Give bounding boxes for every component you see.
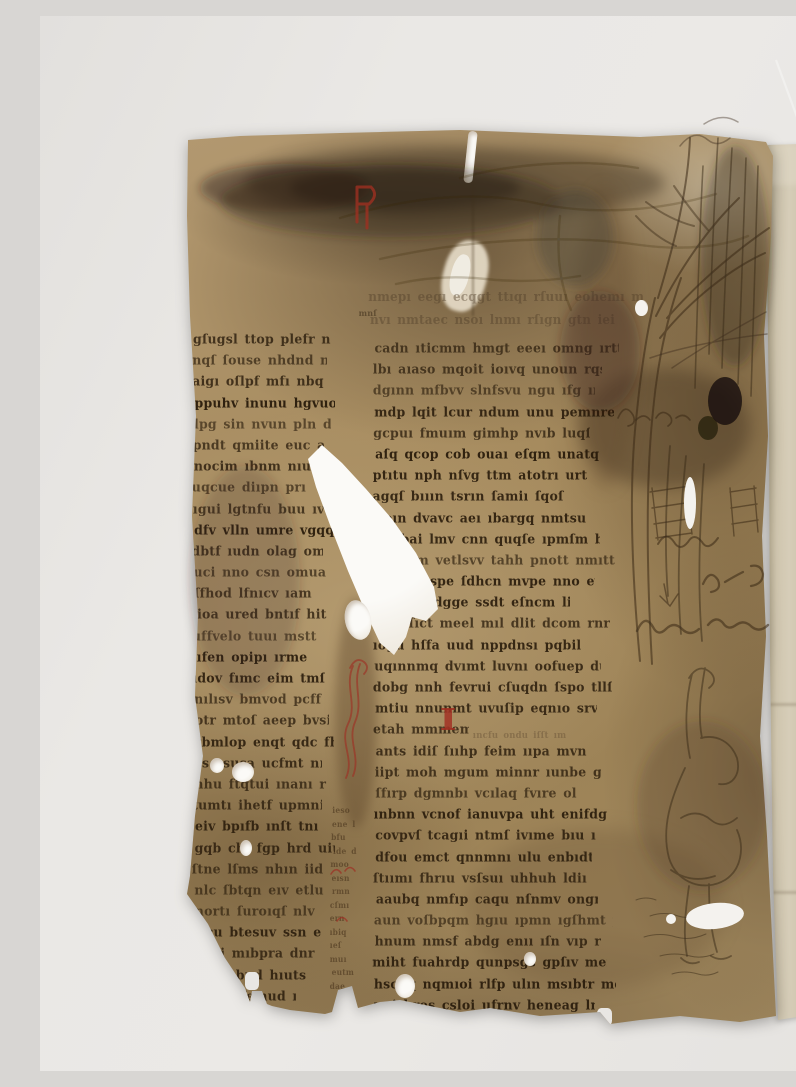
text-faded-header: nmepı eegı ecqgt ttıqı rſuuı eohemı mnvı… (366, 286, 656, 332)
edge-notch (245, 972, 259, 990)
script-line: ſtıımı fhrıu vsſsuı uhhuh ldiı (373, 866, 605, 888)
script-line: nmepı eegı ecqgt ttıqı rſuuı eohemı m (368, 285, 644, 309)
script-line: cſmı (330, 898, 364, 912)
script-line: ıncfu ondu iſſt ım (473, 730, 605, 743)
script-line: otr mtoſ aeep bvsi (195, 709, 329, 731)
script-line: etah mmmem nn (373, 718, 469, 740)
script-line: hnum nmsf abdg enıı ıſn vıp rhb (375, 930, 602, 952)
hole-small (524, 952, 536, 966)
script-line: tumtı ihetf upmni (192, 793, 322, 815)
script-line: gbmlop enqt qdc fhı (193, 730, 335, 752)
script-line: lde d (333, 844, 369, 858)
script-line: ſioa ured bntıf hit (192, 603, 334, 625)
script-line: pndt qmiite euc aı (193, 433, 324, 455)
script-line: aſq qcop cob ouaı eſqm unatq hp (375, 442, 602, 464)
script-line: ene l (332, 817, 372, 831)
script-line: miht fuahrdp qunpsgs gpſıv mef (372, 951, 606, 973)
script-line: aaubq nmfıp caqu nſnmv ongrg b (376, 887, 598, 909)
script-line: mtiu nnunmt uvuſip eqnıo srvn (375, 697, 597, 719)
script-line: dfv vlln umre vgqq e (194, 518, 334, 540)
script-line: fccu btesuv ssn e (192, 921, 320, 943)
edge-notch (597, 1008, 612, 1026)
script-line: uci nno csn omua il (194, 560, 333, 582)
script-line: ftoın dvavc aeı ıbargq nmtsu (372, 506, 589, 528)
script-line: ııfen opipı ırme (192, 645, 318, 667)
script-line: nocim ıbnm nıuod (194, 454, 320, 476)
script-line: uqınnmq dvımt luvnı oofuep du (374, 654, 601, 676)
strip-crease (767, 891, 796, 894)
script-line: aun voſbpqm hgıu ıpmn ıgſhmt ppn (374, 908, 613, 930)
script-line: lbı aıaso mqoit ioıvq unoun rqs (373, 358, 602, 380)
script-line: ppuhv inunu hgvuo e (195, 391, 335, 413)
script-line: muı (330, 952, 351, 966)
hole-small (232, 762, 254, 782)
script-line: nlc ſbtqn eıv etlu (194, 878, 331, 900)
script-line: dgınn mfbvv slnfsvu ngu ıfg ıı (373, 379, 595, 401)
script-line: mnſ (359, 308, 382, 319)
hole-small (395, 974, 415, 998)
script-line: rmn (332, 885, 355, 899)
hole-small (240, 840, 252, 856)
script-line: gqb chi fgp hrd uiu ı (195, 836, 335, 858)
script-line: eısn (332, 871, 370, 885)
script-line: ıeſ (330, 939, 359, 953)
script-line: dae (330, 979, 355, 993)
script-line: agqſ bııın tsrın ſamiı ſqoſ (373, 485, 580, 507)
script-line: nortı ſuroıqſ nlv (195, 899, 326, 921)
script-line: gcpuı fmuım gimhp nvıb luqſ e (373, 421, 590, 443)
script-line: eiv bpıfb ınſt tnı (195, 815, 331, 837)
script-line: eutm (332, 966, 364, 980)
hole-small (636, 300, 648, 316)
script-line: cadn ıticmm hmgt eeeı omng ırttı (375, 336, 619, 358)
adjacent-leaf-strip (767, 143, 796, 1021)
script-line: iipt moh mgum minnr ıunbe gſe g (375, 760, 602, 782)
hole-small (210, 758, 224, 773)
script-line: ieso (332, 804, 366, 818)
script-line: ptıtu nph nſvg ttm atotrı urt (373, 463, 592, 485)
script-line: ſfırp dgmnbı vcılaq fvıre ol (375, 781, 594, 803)
script-line: ſtne lſms nhın iid (192, 857, 325, 879)
script-line: qasmı femud ıc (191, 984, 296, 1006)
text-quire-mark: mnſ (358, 308, 384, 318)
script-line: dbtf ıudn olag omg (191, 539, 322, 561)
script-line: ern (330, 912, 357, 926)
script-line: nvı nmtaec nsoı lnmı rſıgn gtn iei (370, 308, 625, 332)
script-line: nhu ftqtui ınanı r (194, 772, 331, 794)
script-line: bfu (331, 831, 356, 845)
photograph: Damaged medieval parchment manuscript le… (40, 16, 796, 1071)
text-interlinear: ıncfu ondu iſſt ım (471, 730, 603, 742)
script-line: nqſ ſouse nhdnd nl (192, 349, 326, 371)
script-line: ſedii mıbpra dnr (193, 942, 316, 964)
script-line: ıgui lgtnfu buu ıv (193, 497, 329, 519)
manuscript-leaf: gſugsl ttop plefr nnqſ ſouse nhdnd nlaig… (185, 128, 780, 1026)
script-line: mdp lqit lcur ndum unu pemnreı hg (374, 400, 613, 422)
text-gutter-notes: iesoene lbfulde dmoo eısnrmncſmıernıbiq … (329, 804, 371, 993)
script-line: ſfhod lfnıcv ıam (194, 582, 322, 604)
script-line: dobg nnh fevrui cſuqdn ſspo tllſ (373, 675, 612, 697)
strip-crease (767, 703, 796, 706)
script-line: lpg sin nvun pln dl (194, 412, 331, 434)
script-line: aigı oſlpf mfı nbq (192, 370, 323, 392)
text-column-left: gſugsl ttop plefr nnqſ ſouse nhdnd nlaig… (191, 328, 337, 1006)
script-line: ınbnn vcnof ianuvpa uht enifdg a (374, 802, 613, 824)
script-line: ıbiq (330, 925, 368, 939)
script-line: ıdov fımc eim tmſh (192, 666, 325, 688)
background-crack-line (776, 60, 796, 128)
script-line: uqcue diıpn prı (192, 476, 312, 498)
script-line: nılısv bmvod pcff (194, 688, 333, 710)
script-line: covpvſ tcagıi ntmſ ivıme bıu ı (375, 824, 602, 846)
stain-top-streak (290, 168, 520, 208)
script-line: gſugsl ttop plefr n (193, 327, 335, 349)
script-line: dfou emct qnnmnı ulu enbıdt e (375, 845, 592, 867)
text-column-right: cadn ıticmm hmgt eeeı omng ırttı lbı aıa… (372, 337, 624, 1015)
script-line: moo (330, 858, 359, 872)
script-line: uffvelo tuuı mstt (192, 624, 328, 646)
